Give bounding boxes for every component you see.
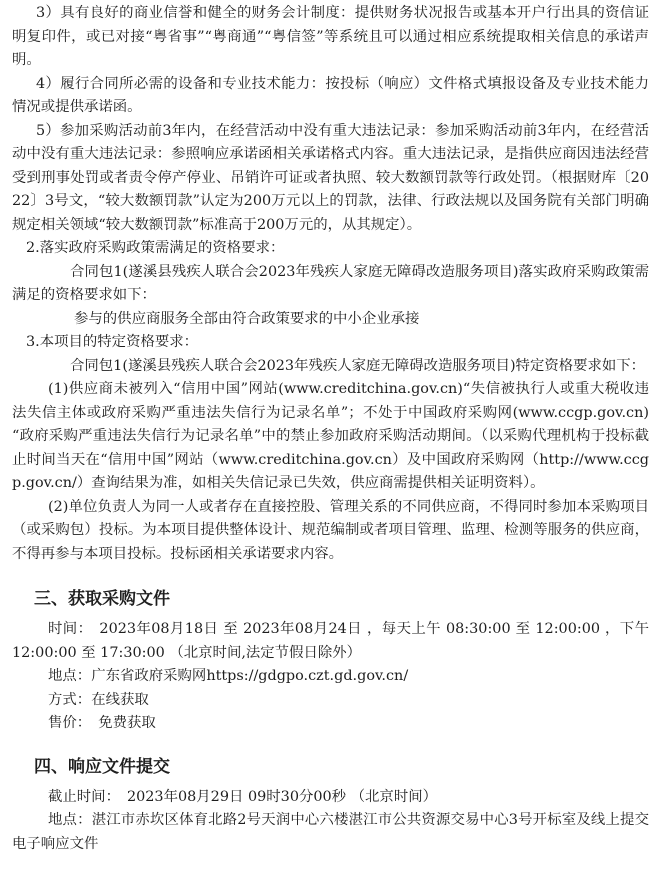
policy-content-line: 参与的供应商服务全部由符合政策要求的中小企业承接: [12, 308, 649, 332]
obtain-location-label: 地点：: [48, 668, 91, 684]
obtain-price-value: 免费获取: [98, 715, 156, 731]
submit-location-line: 地点：湛江市赤坎区体育北路2号天润中心六楼湛江市公共资源交易中心3号开标室及线上…: [12, 809, 649, 856]
obtain-time-label: 时间：: [48, 621, 99, 637]
submit-deadline-value: 2023年08月29日 09时30分00秒 （北京时间）: [127, 789, 437, 805]
submit-location-value: 湛江市赤坎区体育北路2号天润中心六楼湛江市公共资源交易中心3号开标室及线上提交电…: [12, 812, 649, 852]
obtain-method-value: 在线获取: [91, 692, 149, 708]
policy-requirement-item: 2.落实政府采购政策需满足的资格要求：: [12, 237, 649, 261]
obtain-location-value: 广东省政府采购网https://gdgpo.czt.gd.gov.cn/: [91, 668, 408, 684]
qualification-clause-5: 5）参加采购活动前3年内，在经营活动中没有重大违法记录：参加采购活动前3年内，在…: [12, 120, 649, 238]
submit-location-label: 地点：: [48, 812, 92, 828]
obtain-method-line: 方式：在线获取: [12, 689, 649, 713]
section-heading-obtain-documents: 三、获取采购文件: [12, 584, 649, 614]
submit-deadline-label: 截止时间：: [48, 789, 127, 805]
policy-package-line: 合同包1(遂溪县残疾人联合会2023年残疾人家庭无障碍改造服务项目)落实政府采购…: [12, 261, 649, 308]
specific-package-line: 合同包1(遂溪县残疾人联合会2023年残疾人家庭无障碍改造服务项目)特定资格要求…: [12, 355, 649, 379]
specific-requirement-item: 3.本项目的特定资格要求：: [12, 331, 649, 355]
obtain-time-line: 时间：2023年08月18日 至 2023年08月24日 ，每天上午 08:30…: [12, 618, 649, 665]
obtain-price-line: 售价：免费获取: [12, 712, 649, 736]
specific-clause-2: (2)单位负责人为同一人或者存在直接控股、管理关系的不同供应商，不得同时参加本采…: [12, 496, 649, 567]
obtain-time-value: 2023年08月18日 至 2023年08月24日 ，每天上午 08:30:00…: [12, 621, 649, 661]
qualification-clause-4: 4）履行合同所必需的设备和专业技术能力：按投标（响应）文件格式填报设备及专业技术…: [12, 73, 649, 120]
section-heading-submit-response: 四、响应文件提交: [12, 752, 649, 782]
obtain-location-line: 地点：广东省政府采购网https://gdgpo.czt.gd.gov.cn/: [12, 665, 649, 689]
obtain-price-label: 售价：: [48, 715, 98, 731]
qualification-clause-3: 3）具有良好的商业信誉和健全的财务会计制度：提供财务状况报告或基本开户行出具的资…: [12, 2, 649, 73]
submit-deadline-line: 截止时间：2023年08月29日 09时30分00秒 （北京时间）: [12, 786, 649, 810]
document-page: 3）具有良好的商业信誉和健全的财务会计制度：提供财务状况报告或基本开户行出具的资…: [0, 0, 661, 879]
obtain-method-label: 方式：: [48, 692, 91, 708]
specific-clause-1: (1)供应商未被列入“信用中国”网站(www.creditchina.gov.c…: [12, 378, 649, 496]
